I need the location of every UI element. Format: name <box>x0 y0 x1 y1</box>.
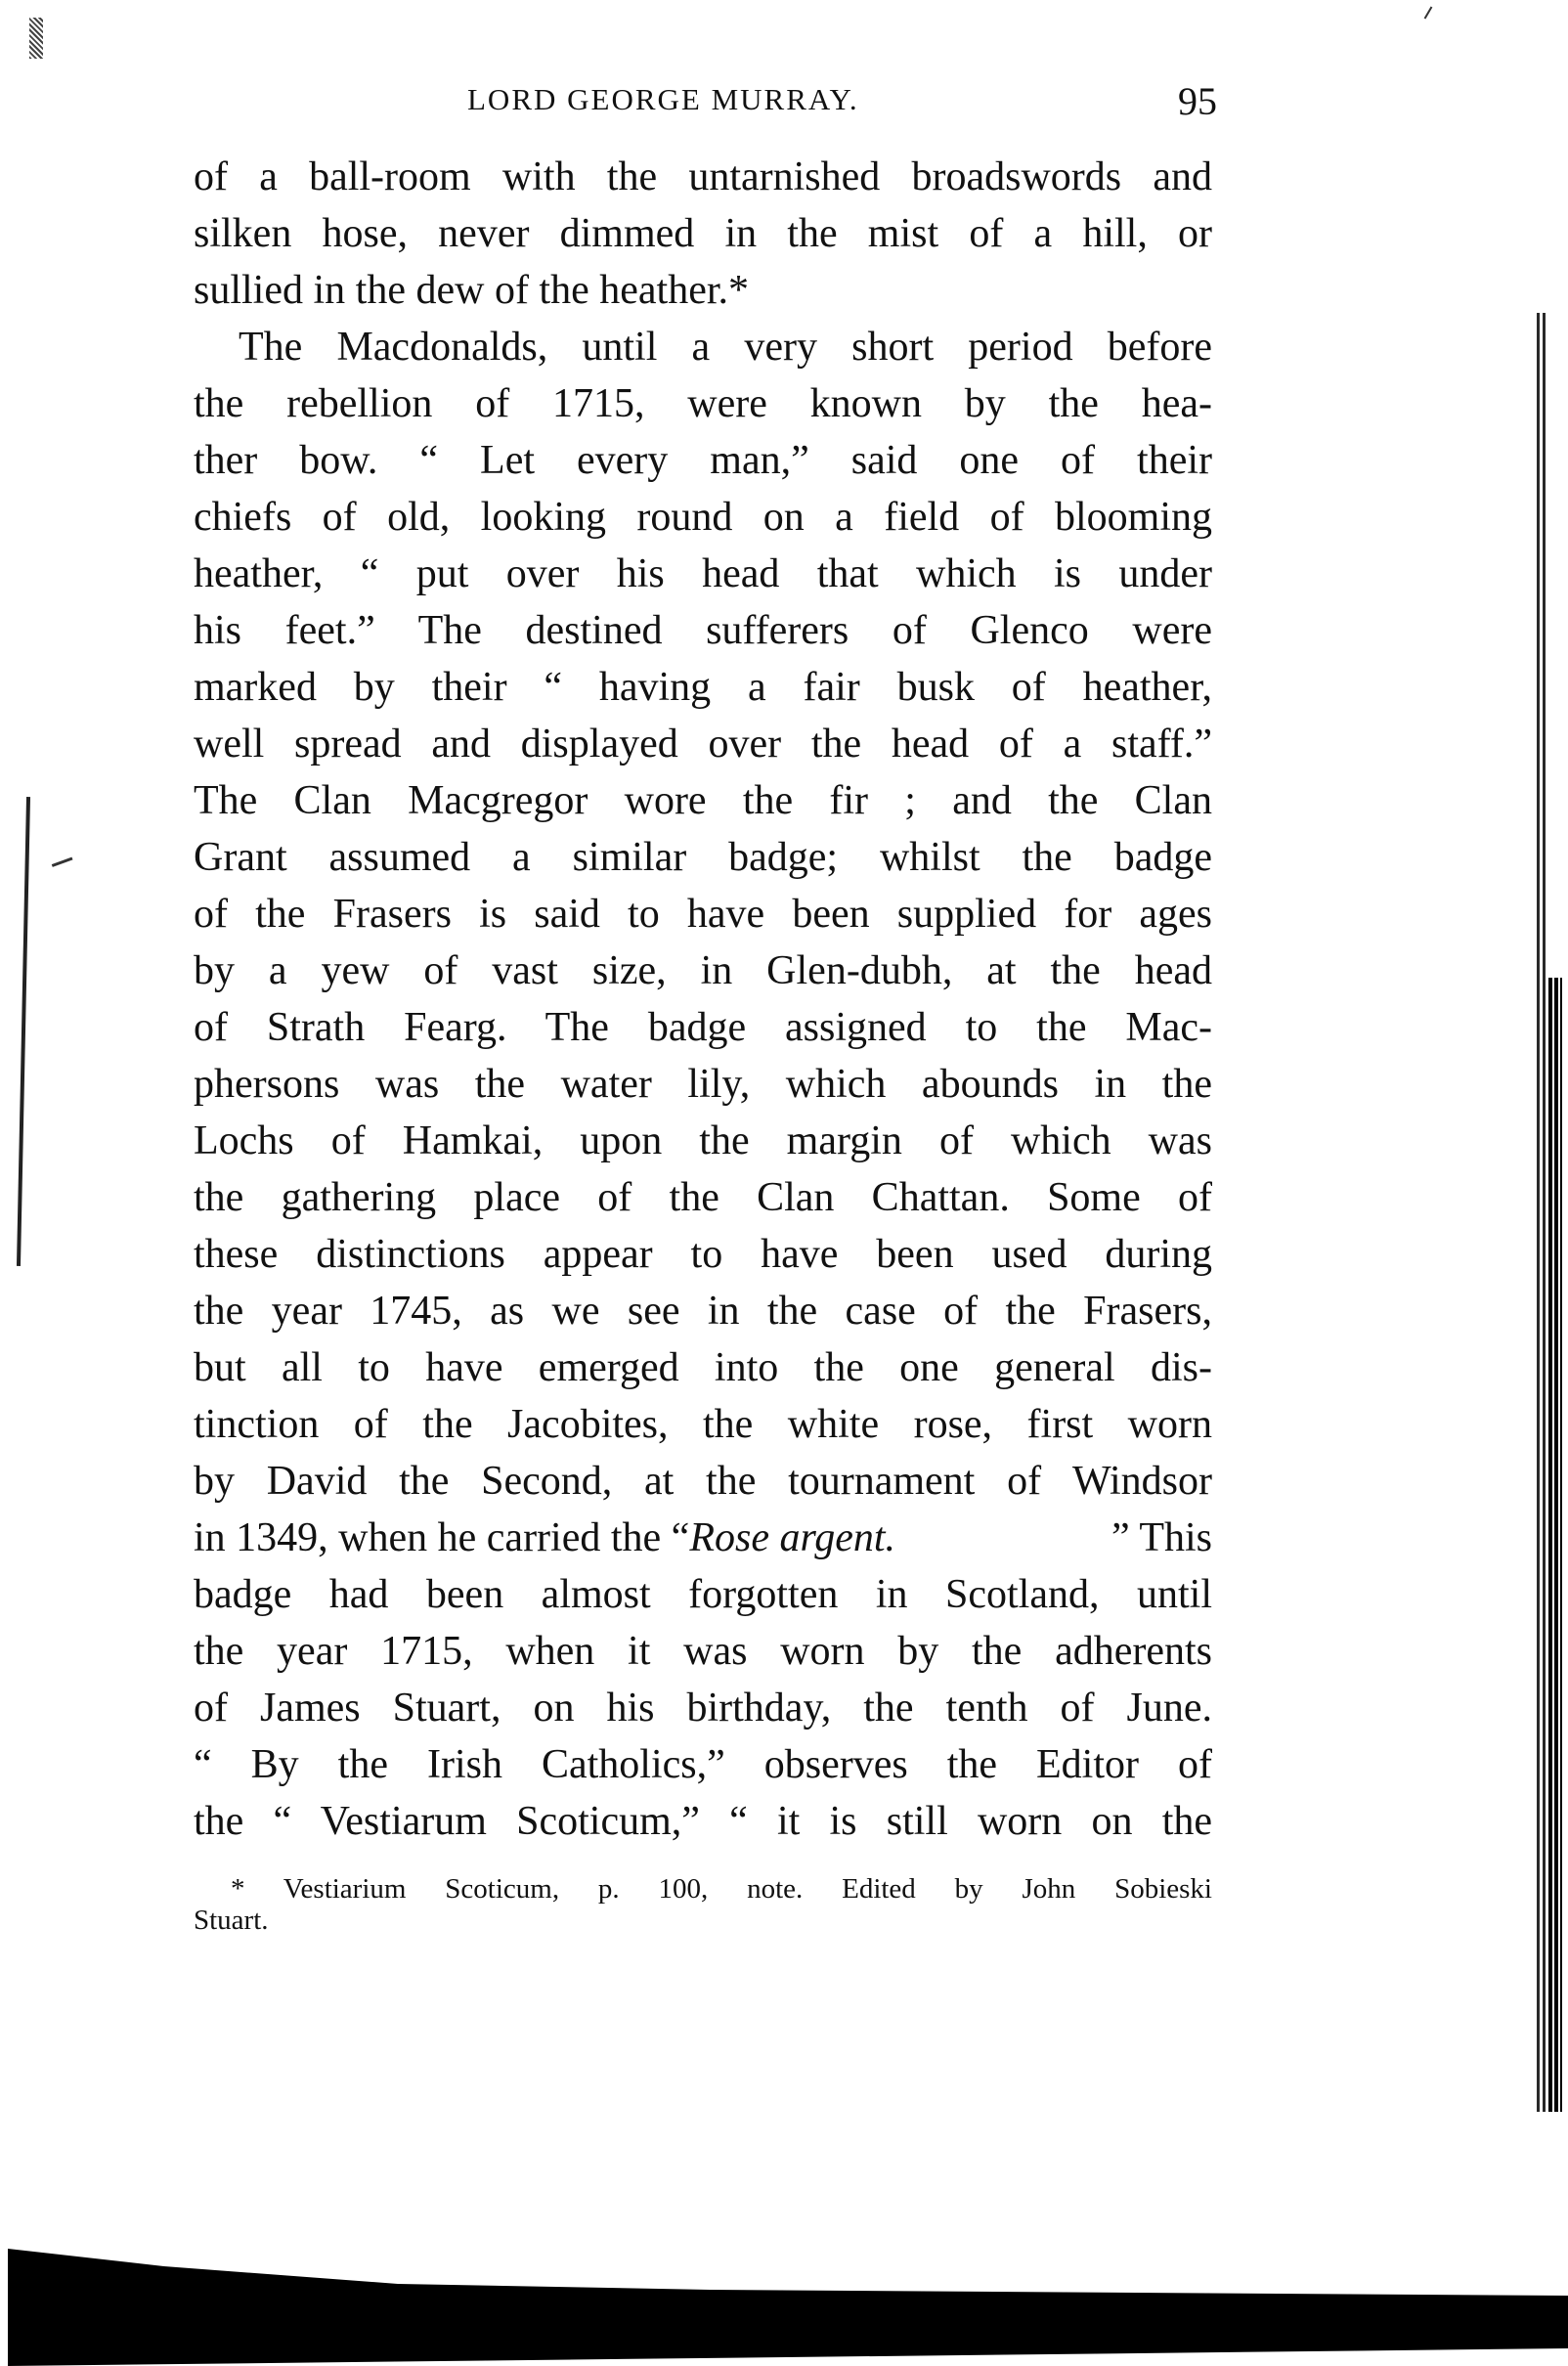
text-line: marked by their “ having a fair busk of … <box>194 659 1212 716</box>
page-edge-right <box>1537 313 1548 2112</box>
text-line: phersons was the water lily, which aboun… <box>194 1056 1212 1113</box>
footnote-line: Stuart. <box>194 1905 1212 1936</box>
text-line: tinction of the Jacobites, the white ros… <box>194 1396 1212 1453</box>
text-line: well spread and displayed over the head … <box>194 716 1212 772</box>
text-line: by a yew of vast size, in Glen-dubh, at … <box>194 942 1212 999</box>
binding-edge-left <box>17 797 30 1266</box>
scan-artifact-speck <box>29 18 43 59</box>
body-text: of a ball-room with the untarnished broa… <box>194 149 1212 1850</box>
text-line: The Clan Macgregor wore the fir ; and th… <box>194 772 1212 829</box>
text-line: his feet.” The destined sufferers of Gle… <box>194 602 1212 659</box>
text-line: “ By the Irish Catholics,” observes the … <box>194 1736 1212 1793</box>
scan-artifact-tick <box>1424 6 1433 19</box>
text-segment: ” This <box>1111 1510 1212 1566</box>
page-edge-right-stack <box>1548 978 1562 2112</box>
text-line: of Strath Fearg. The badge assigned to t… <box>194 999 1212 1056</box>
text-line: the year 1745, as we see in the case of … <box>194 1283 1212 1339</box>
text-line: The Macdonalds, until a very short perio… <box>194 319 1212 375</box>
text-line: the year 1715, when it was worn by the a… <box>194 1623 1212 1680</box>
scanned-book-page: LORD GEORGE MURRAY. 95 of a ball-room wi… <box>0 0 1568 2366</box>
text-line-with-italic: in 1349, when he carried the “Rose argen… <box>194 1510 1212 1566</box>
text-line: the rebellion of 1715, were known by the… <box>194 375 1212 432</box>
text-line: of the Frasers is said to have been supp… <box>194 886 1212 942</box>
text-line: Grant assumed a similar badge; whilst th… <box>194 829 1212 886</box>
italic-phrase-rose-argent: Rose argent. <box>689 1515 895 1560</box>
page-number: 95 <box>1178 78 1217 124</box>
text-line: the gathering place of the Clan Chattan.… <box>194 1169 1212 1226</box>
text-line: of a ball-room with the untarnished broa… <box>194 149 1212 205</box>
running-title: LORD GEORGE MURRAY. <box>467 82 859 117</box>
footnote: * Vestiarium Scoticum, p. 100, note. Edi… <box>194 1873 1212 1936</box>
text-line: chiefs of old, looking round on a field … <box>194 489 1212 546</box>
text-line: ther bow. “ Let every man,” said one of … <box>194 432 1212 489</box>
running-head: LORD GEORGE MURRAY. 95 <box>0 82 1568 121</box>
text-line: by David the Second, at the tournament o… <box>194 1453 1212 1510</box>
text-line: Lochs of Hamkai, upon the margin of whic… <box>194 1113 1212 1169</box>
text-line: but all to have emerged into the one gen… <box>194 1339 1212 1396</box>
text-line: badge had been almost forgotten in Scotl… <box>194 1566 1212 1623</box>
scan-shadow-bottom <box>8 2249 1568 2366</box>
text-segment: in 1349, when he carried the “ <box>194 1515 689 1560</box>
text-line: heather, “ put over his head that which … <box>194 546 1212 602</box>
text-line: these distinctions appear to have been u… <box>194 1226 1212 1283</box>
text-line: the “ Vestiarum Scoticum,” “ it is still… <box>194 1793 1212 1850</box>
text-line: of James Stuart, on his birthday, the te… <box>194 1680 1212 1736</box>
footnote-line: * Vestiarium Scoticum, p. 100, note. Edi… <box>194 1873 1212 1905</box>
text-line: sullied in the dew of the heather.* <box>194 262 1212 319</box>
text-line: silken hose, never dimmed in the mist of… <box>194 205 1212 262</box>
margin-pencil-mark <box>52 857 75 875</box>
